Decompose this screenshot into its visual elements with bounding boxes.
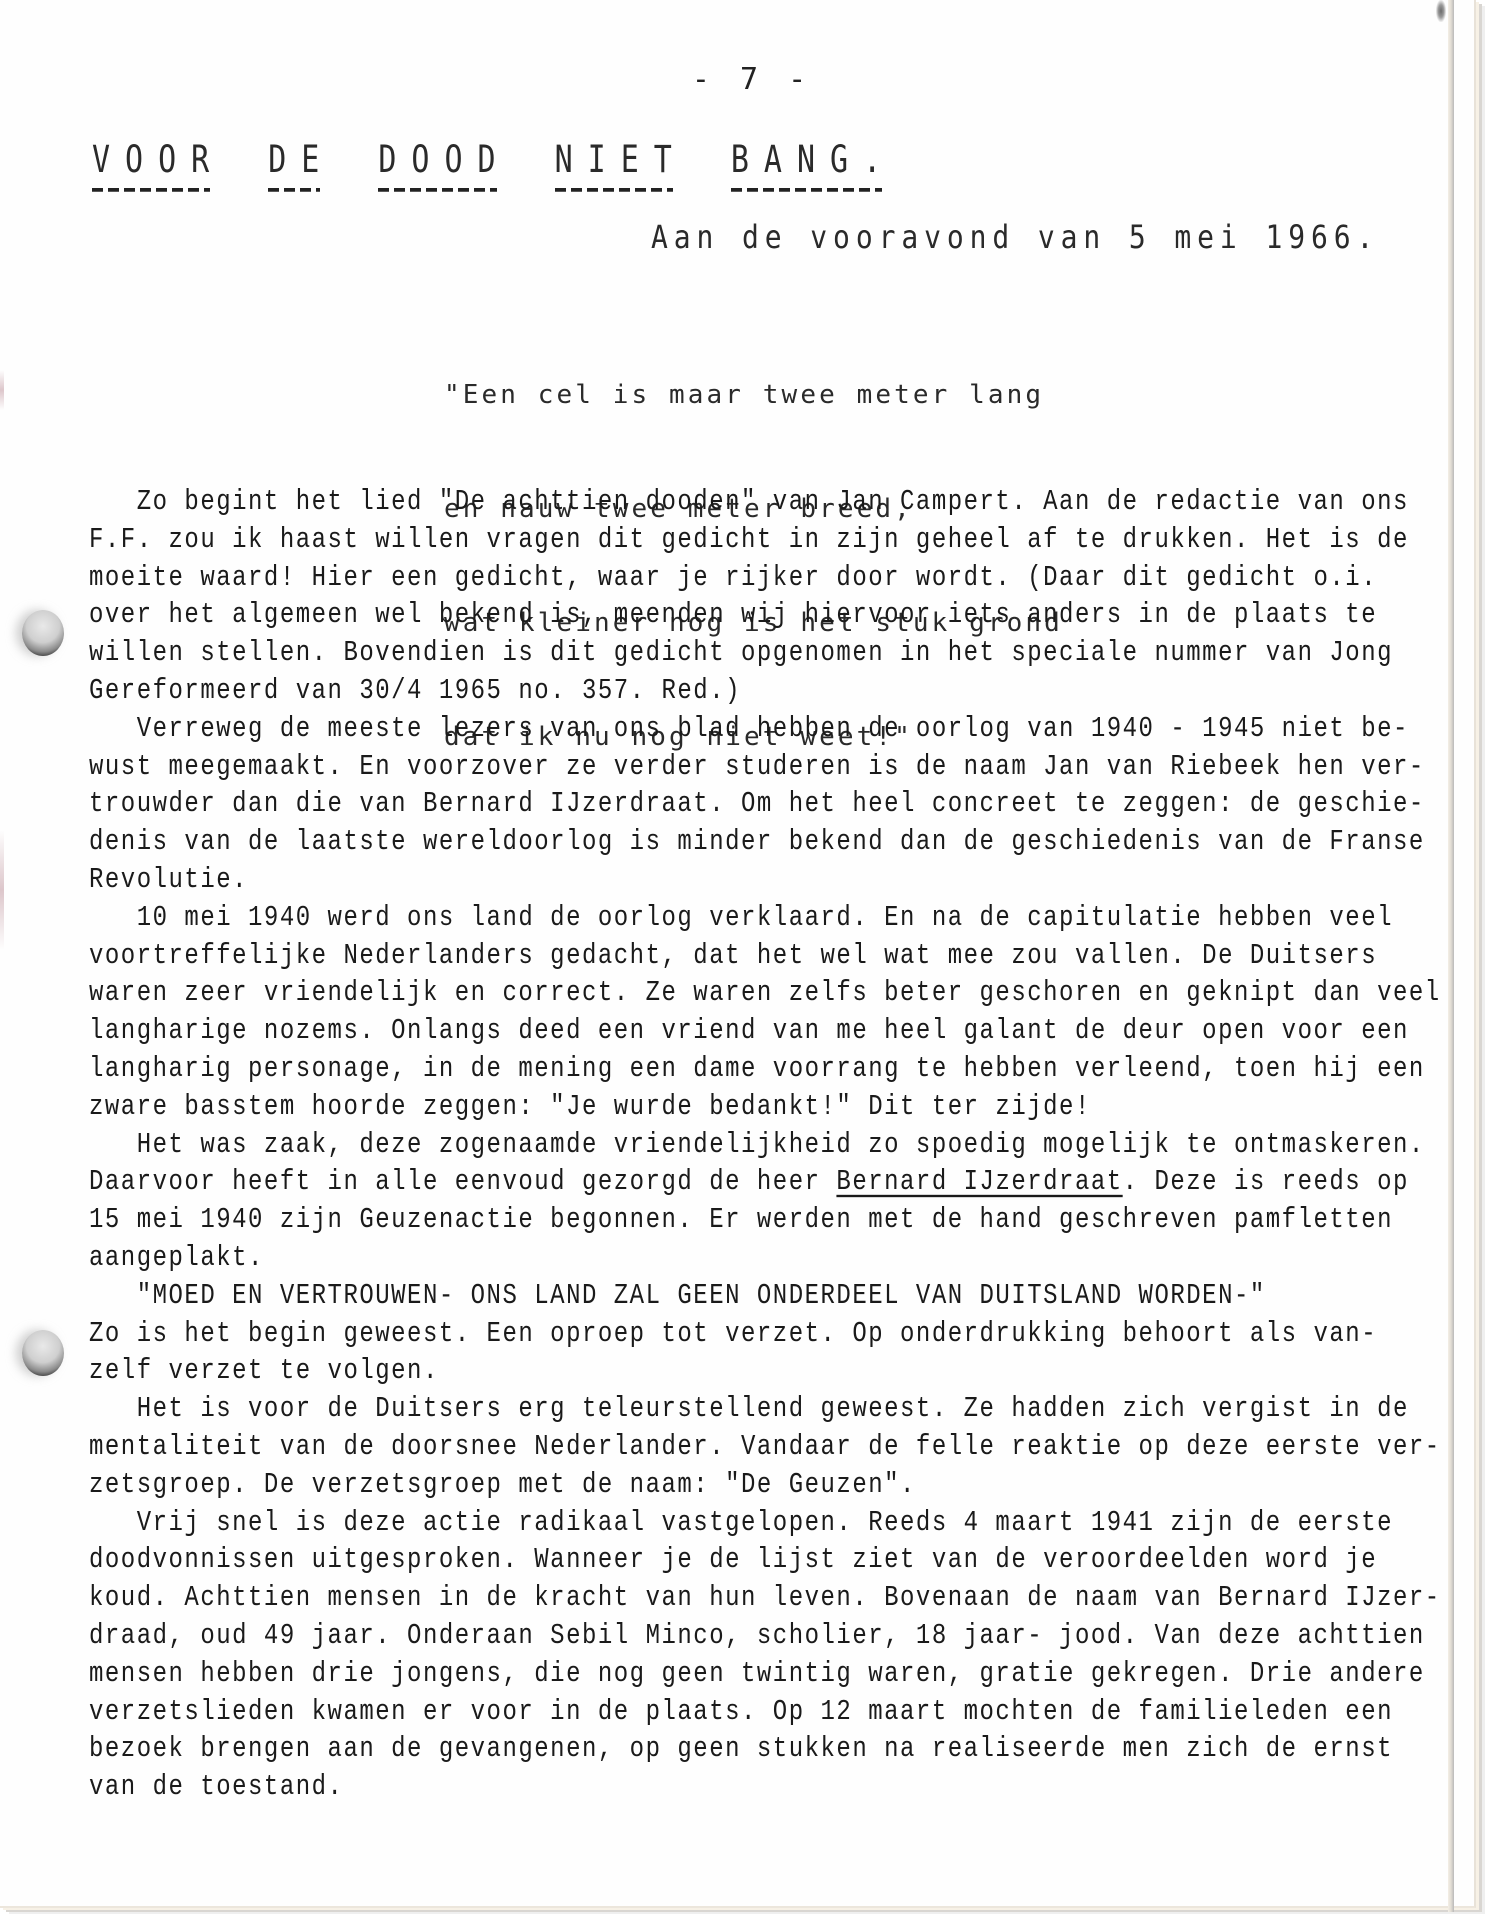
subtitle-date: Aan de vooravond van 5 mei 1966.: [651, 218, 1379, 256]
document-page: - 7 - VOORDEDOODNIETBANG. Aan de vooravo…: [0, 0, 1476, 1908]
title-word: NIET: [555, 138, 687, 182]
text-line: van de toestand.: [89, 1766, 1441, 1811]
page-edge: [1448, 0, 1454, 1912]
text-segment: Daarvoor heeft in alle eenvoud gezorgd d…: [89, 1167, 836, 1199]
corner-stain: [1436, 0, 1446, 22]
page-title: VOORDEDOODNIETBANG.: [92, 138, 940, 173]
edge-mark: [0, 830, 4, 950]
title-word: VOOR: [92, 138, 224, 182]
punch-hole-icon: [22, 610, 64, 656]
body-text: Zo begint het lied "De achttien dooden" …: [89, 484, 1441, 1807]
poem-line: "Een cel is maar twee meter lang: [444, 376, 1063, 414]
title-word: DOOD: [378, 138, 510, 182]
underlined-name: Bernard IJzerdraat: [836, 1167, 1122, 1199]
page-number: - 7 -: [0, 62, 1504, 97]
edge-mark: [0, 370, 4, 410]
title-word: BANG.: [731, 138, 896, 182]
title-word: DE: [268, 138, 334, 182]
punch-hole-icon: [22, 1330, 64, 1376]
text-segment: . Deze is reeds op: [1123, 1167, 1409, 1199]
